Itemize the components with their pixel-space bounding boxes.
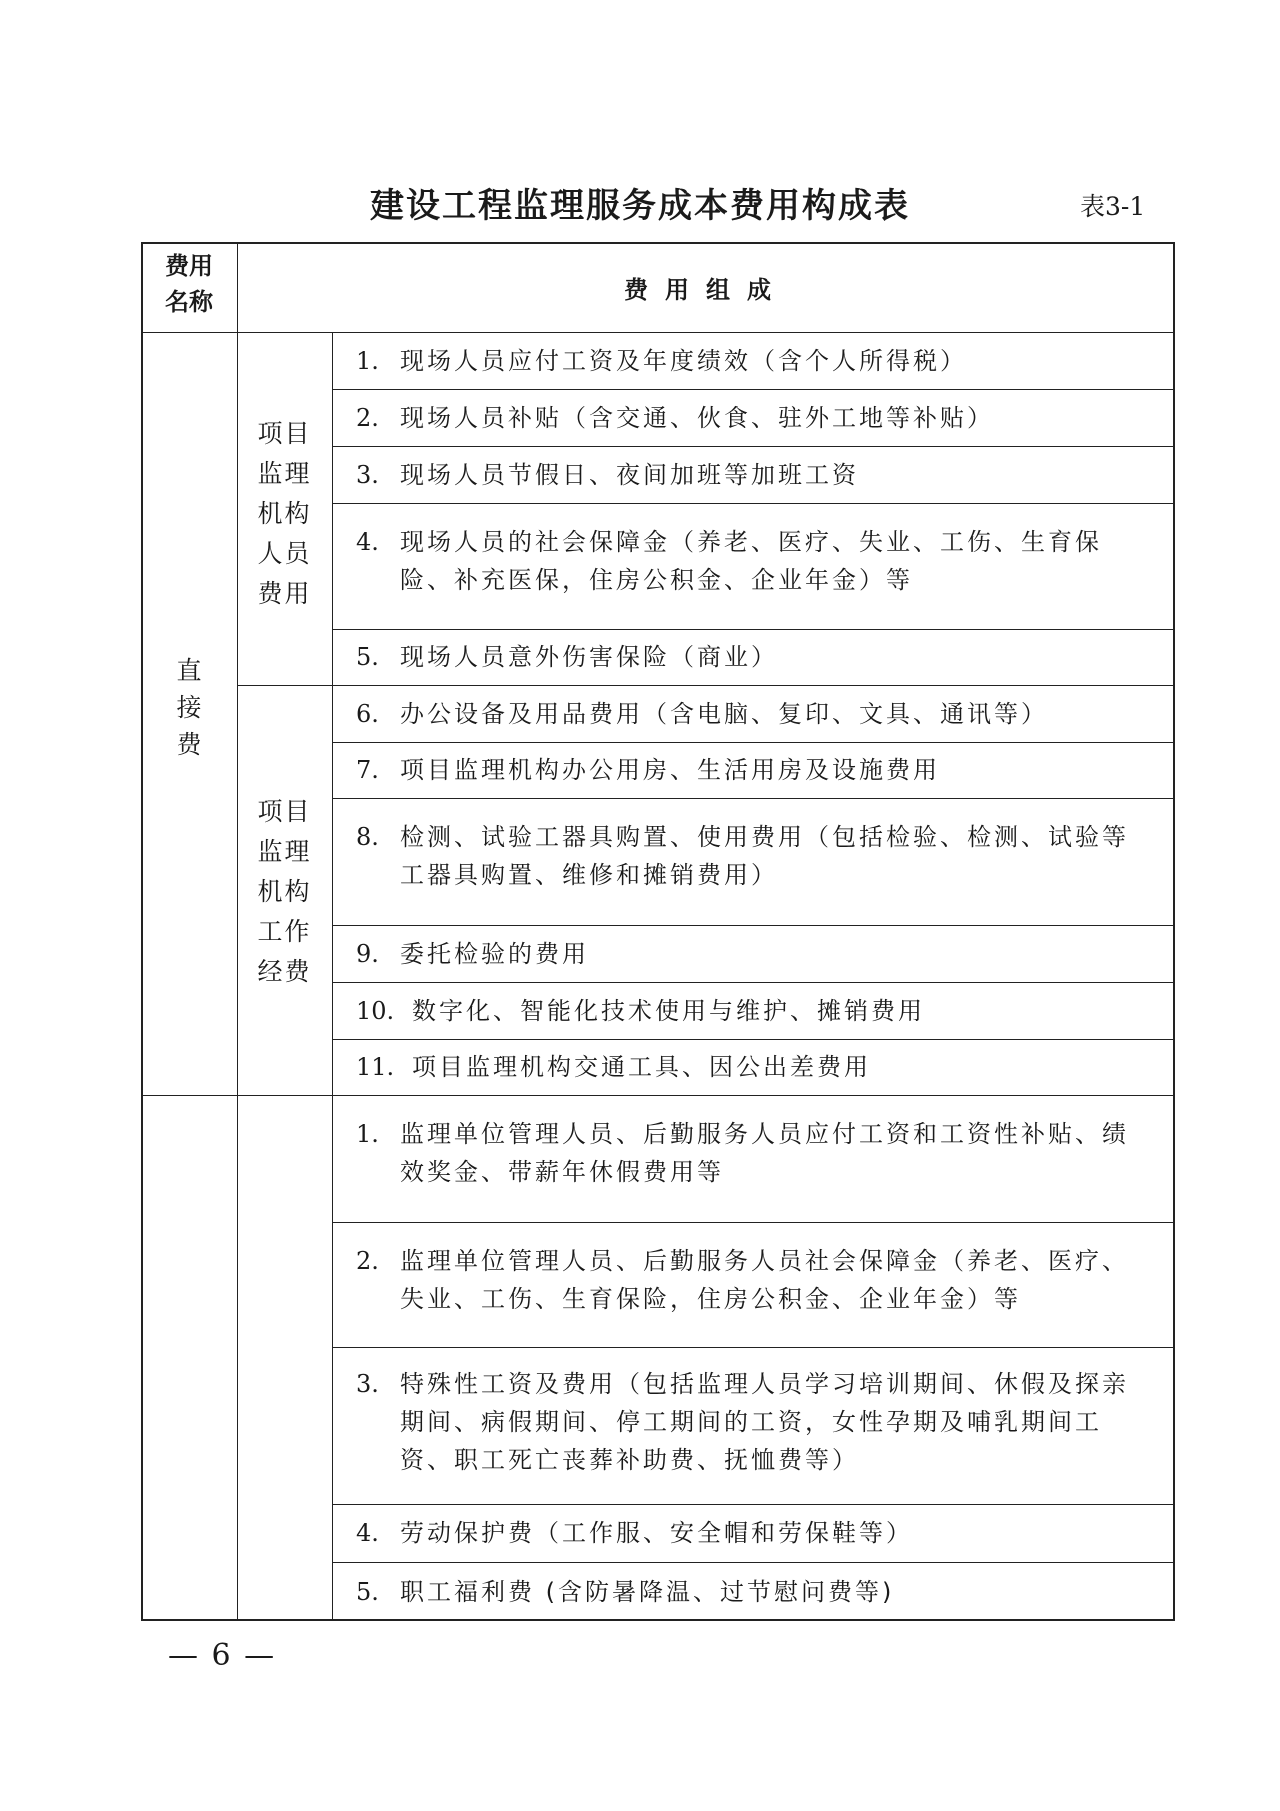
table-row: 8. 检测、试验工器具购置、使用费用（包括检验、检测、试验等工器具购置、维修和摊… [332,798,1175,925]
item-text: 委托检验的费用 [400,935,1155,973]
item-text: 项目监理机构办公用房、生活用房及设施费用 [400,751,1155,789]
table-row: 2. 监理单位管理人员、后勤服务人员社会保障金（养老、医疗、失业、工伤、生育保险… [332,1222,1175,1347]
item-number: 1. [356,342,400,380]
header-fee-name: 费用 名称 [141,248,237,320]
item-text: 数字化、智能化技术使用与维护、摊销费用 [412,992,1155,1030]
item-text: 现场人员节假日、夜间加班等加班工资 [400,456,1155,494]
table-row: 3. 现场人员节假日、夜间加班等加班工资 [332,446,1175,503]
table-row: 4. 劳动保护费（工作服、安全帽和劳保鞋等） [332,1504,1175,1562]
table-row: 1. 监理单位管理人员、后勤服务人员应付工资和工资性补贴、绩效奖金、带薪年休假费… [332,1095,1175,1222]
item-number: 5. [356,638,400,676]
group-label-line: 机构 [237,494,332,534]
group-working-expenses: 项目 监理 机构 工作 经费 [237,792,332,992]
item-text: 劳动保护费（工作服、安全帽和劳保鞋等） [400,1514,1155,1552]
item-number: 7. [356,751,400,789]
item-text: 现场人员意外伤害保险（商业） [400,638,1155,676]
item-number: 9. [356,935,400,973]
item-text: 职工福利费 (含防暑降温、过节慰问费等) [400,1573,1155,1611]
table-row: 6. 办公设备及用品费用（含电脑、复印、文具、通讯等） [332,685,1175,742]
item-text: 现场人员的社会保障金（养老、医疗、失业、工伤、生育保险、补充医保，住房公积金、企… [400,523,1155,599]
table-row: 9. 委托检验的费用 [332,925,1175,982]
group-label-line: 费用 [237,574,332,614]
group-label-line: 人员 [237,534,332,574]
header-fee-name-line: 名称 [141,284,237,320]
category-char: 费 [141,726,237,763]
group-label-line: 机构 [237,872,332,912]
item-number: 4. [356,1514,400,1552]
group-label-line: 经费 [237,952,332,992]
item-text: 现场人员补贴（含交通、伙食、驻外工地等补贴） [400,399,1155,437]
header-fee-name-line: 费用 [141,248,237,284]
table-row: 5. 现场人员意外伤害保险（商业） [332,629,1175,685]
table-row: 10. 数字化、智能化技术使用与维护、摊销费用 [332,982,1175,1039]
item-text: 现场人员应付工资及年度绩效（含个人所得税） [400,342,1155,380]
table-row: 7. 项目监理机构办公用房、生活用房及设施费用 [332,742,1175,798]
item-number: 8. [356,818,400,856]
header-fee-composition: 费用组成 [237,242,1175,332]
table-number: 表3-1 [1080,190,1145,224]
table-row: 1. 现场人员应付工资及年度绩效（含个人所得税） [332,332,1175,389]
item-number: 10. [356,992,412,1030]
item-number: 2. [356,1242,400,1280]
group-label-line: 项目 [237,792,332,832]
category-direct-fee: 直 接 费 [141,652,237,763]
table-row: 3. 特殊性工资及费用（包括监理人员学习培训期间、休假及探亲期间、病假期间、停工… [332,1347,1175,1504]
item-text: 检测、试验工器具购置、使用费用（包括检验、检测、试验等工器具购置、维修和摊销费用… [400,818,1155,894]
item-text: 特殊性工资及费用（包括监理人员学习培训期间、休假及探亲期间、病假期间、停工期间的… [400,1365,1155,1479]
group-label-line: 监理 [237,832,332,872]
table-row: 11. 项目监理机构交通工具、因公出差费用 [332,1039,1175,1095]
item-number: 5. [356,1573,400,1611]
group-personnel-cost: 项目 监理 机构 人员 费用 [237,414,332,614]
table-row: 2. 现场人员补贴（含交通、伙食、驻外工地等补贴） [332,389,1175,446]
category-char: 直 [141,652,237,689]
group-label-line: 项目 [237,414,332,454]
group-label-line: 工作 [237,912,332,952]
category-char: 接 [141,689,237,726]
item-number: 3. [356,1365,400,1403]
group-label-line: 监理 [237,454,332,494]
item-number: 11. [356,1048,412,1086]
item-number: 6. [356,695,400,733]
page-number: — 6 — [168,1636,276,1676]
item-text: 项目监理机构交通工具、因公出差费用 [412,1048,1155,1086]
item-text: 监理单位管理人员、后勤服务人员应付工资和工资性补贴、绩效奖金、带薪年休假费用等 [400,1115,1155,1191]
item-number: 1. [356,1115,400,1153]
item-number: 4. [356,523,400,561]
item-text: 监理单位管理人员、后勤服务人员社会保障金（养老、医疗、失业、工伤、生育保险，住房… [400,1242,1155,1318]
table-row: 4. 现场人员的社会保障金（养老、医疗、失业、工伤、生育保险、补充医保，住房公积… [332,503,1175,629]
item-text: 办公设备及用品费用（含电脑、复印、文具、通讯等） [400,695,1155,733]
table-row: 5. 职工福利费 (含防暑降温、过节慰问费等) [332,1562,1175,1621]
item-number: 2. [356,399,400,437]
item-number: 3. [356,456,400,494]
page-title: 建设工程监理服务成本费用构成表 [360,184,920,228]
